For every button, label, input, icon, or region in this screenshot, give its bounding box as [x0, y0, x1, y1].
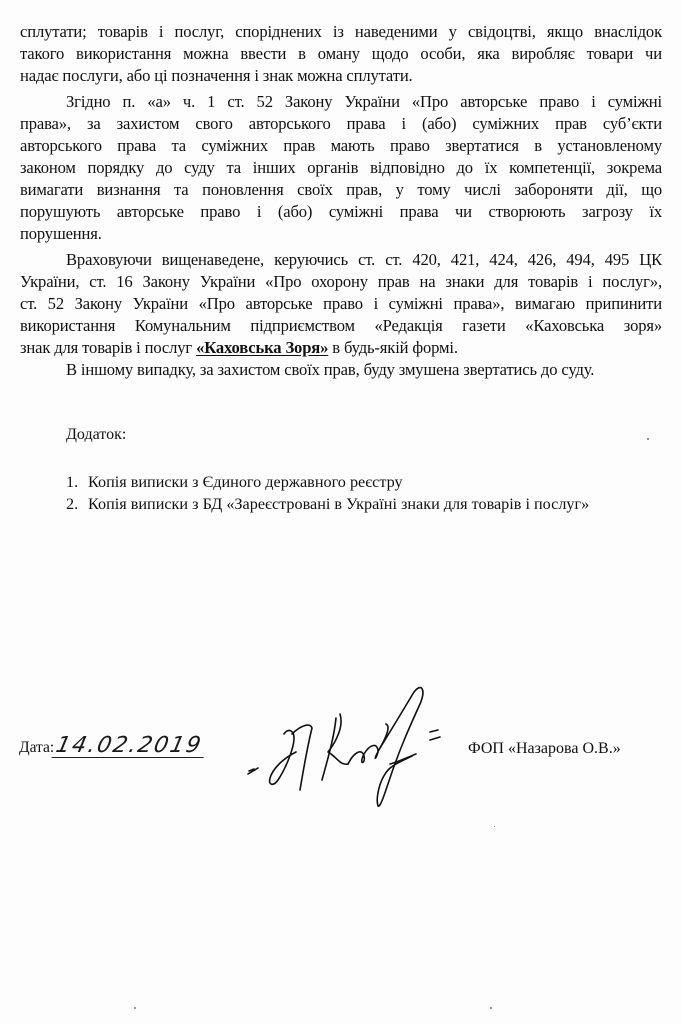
scan-speck [647, 438, 649, 440]
text-fragment: знак для товарів і послуг [20, 338, 196, 357]
text-line: надає послуги, або ці позначення і знак … [20, 65, 662, 87]
handwritten-date: 14.02.2019 [52, 735, 209, 758]
scan-speck [490, 1007, 492, 1009]
text-line: Враховуючи вищенаведене, керуючись ст. с… [66, 249, 662, 271]
trademark-name: «Каховська Зоря» [196, 338, 328, 357]
text-line: Згідно п. «а» ч. 1 ст. 52 Закону України… [66, 91, 662, 113]
text-line: вимагати визнання та поновлення своїх пр… [20, 179, 662, 201]
text-line: порушують авторське право і (або) суміжн… [20, 201, 662, 223]
date-label: Дата: [19, 739, 54, 756]
text-line: сплутати; товарів і послуг, споріднених … [20, 21, 662, 43]
appendix-item-number: 2. [66, 493, 88, 515]
handwritten-signature-icon [240, 682, 460, 832]
appendix-item-text: Копія виписки з БД «Зареєстровані в Укра… [88, 495, 589, 513]
appendix-item-text: Копія виписки з Єдиного державного реєст… [88, 473, 403, 491]
appendix-title: Додаток: [66, 424, 126, 446]
text-fragment: в будь-якій формі. [328, 338, 458, 357]
text-line: України, ст. 16 Закону України «Про охор… [20, 271, 662, 293]
appendix-item: 1.Копія виписки з Єдиного державного реє… [66, 471, 403, 493]
scanned-document-page: сплутати; товарів і послуг, споріднених … [0, 0, 681, 1024]
date-field: Дата:14.02.2019 [19, 735, 206, 759]
signer-name: ФОП «Назарова О.В.» [468, 738, 621, 760]
appendix-item: 2.Копія виписки з БД «Зареєстровані в Ук… [66, 493, 589, 515]
text-line: законом порядку до суду та інших органів… [20, 157, 662, 179]
text-line: порушення. [20, 223, 662, 245]
text-line: права», за захистом свого авторського пр… [20, 113, 662, 135]
text-line-with-trademark: знак для товарів і послуг «Каховська Зор… [20, 337, 662, 359]
scan-speck [134, 1007, 136, 1009]
text-line: авторського права та суміжних прав мають… [20, 135, 662, 157]
text-line: такого використання можна ввести в оману… [20, 43, 662, 65]
text-line: використання Комунальним підприємством «… [20, 315, 662, 337]
text-line: ст. 52 Закону України «Про авторське пра… [20, 293, 662, 315]
appendix-item-number: 1. [66, 471, 88, 493]
text-line: В іншому випадку, за захистом своїх прав… [66, 359, 662, 381]
scan-speck [494, 826, 495, 827]
